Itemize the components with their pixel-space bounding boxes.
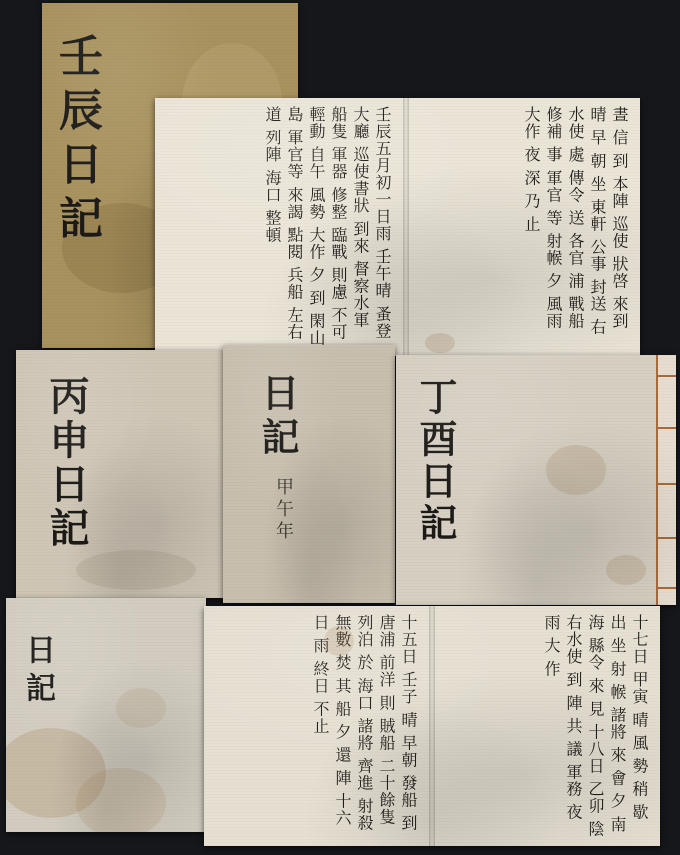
gabo-diary-subtitle: 甲午年	[270, 477, 296, 543]
jeongyu-diary-cover: 丁酉日記	[396, 355, 676, 605]
stitched-binding	[656, 355, 676, 605]
byeongsin-diary-cover: 丙申日記	[16, 350, 223, 598]
imjin-diary-title: 壬辰日記	[54, 33, 98, 249]
manuscript-bottom-right-page: 十七日 甲寅 晴 風 勢 稍 歇 出 坐 射 帿 諸將 來 會 夕 南 海 縣令…	[436, 606, 660, 846]
jeongyu-diary-title: 丁酉日記	[416, 377, 454, 545]
manuscript-top-right-page: 晝 信 到 本陣 巡使 狀啓 來到 晴 早 朝 坐 東軒 公事 封送 右水使 處…	[411, 98, 640, 356]
open-manuscript-top: 壬辰五月初一日雨 壬午晴 蚤登大廳 巡使書狀 到來 督察水軍 船隻 軍器 修整 …	[155, 98, 640, 356]
gabo-diary-cover: 日記 甲午年	[223, 345, 395, 603]
byeongsin-diary-title: 丙申日記	[46, 375, 86, 551]
plain-diary-cover: 日記	[6, 598, 206, 832]
manuscript-top-left-page: 壬辰五月初一日雨 壬午晴 蚤登大廳 巡使書狀 到來 督察水軍 船隻 軍器 修整 …	[155, 98, 403, 356]
manuscript-bottom-left-page: 十五日 壬子 晴 早朝 發船 到 唐浦 前洋 則 賊船 二十餘隻 列泊 於 海口…	[204, 606, 429, 846]
manuscript-bottom-gutter	[429, 606, 435, 846]
manuscript-top-gutter	[403, 98, 409, 356]
plain-diary-title: 日記	[22, 634, 52, 710]
gabo-diary-title: 日記	[258, 373, 296, 461]
open-manuscript-bottom: 十五日 壬子 晴 早朝 發船 到 唐浦 前洋 則 賊船 二十餘隻 列泊 於 海口…	[204, 606, 660, 846]
